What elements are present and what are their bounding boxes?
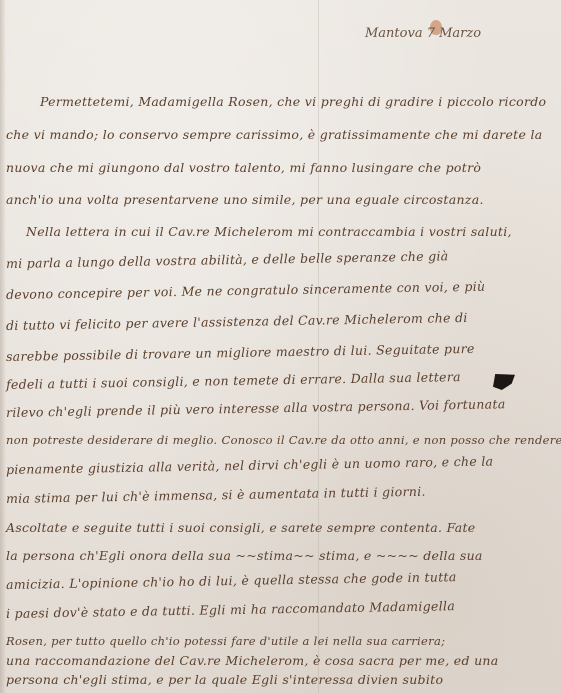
letter-line-5: Nella lettera in cui il Cav.re Michelero…: [26, 224, 512, 239]
letter-line-7: devono concepire per voi. Me ne congratu…: [6, 279, 486, 302]
letter-line-19: Rosen, per tutto quello ch'io potessi fa…: [6, 634, 445, 648]
letter-line-9: sarebbe possibile di trovare un migliore…: [6, 341, 475, 364]
letter-line-12: non potreste desiderare di meglio. Conos…: [6, 433, 561, 447]
letter-line-11: rilevo ch'egli prende il più vero intere…: [6, 396, 506, 420]
letter-page: Mantova 7 Marzo Permettetemi, Madamigell…: [0, 0, 561, 693]
letter-line-1: Permettetemi, Madamigella Rosen, che vi …: [40, 94, 546, 109]
letter-line-14: mia stima per lui ch'è immensa, si è aum…: [6, 484, 426, 506]
letter-line-3: nuova che mi giungono dal vostro talento…: [6, 160, 481, 175]
letter-line-15: Ascoltate e seguite tutti i suoi consigl…: [6, 520, 476, 535]
letter-line-18: i paesi dov'è stato e da tutti. Egli mi …: [6, 598, 455, 621]
letter-line-4: anch'io una volta presentarvene uno simi…: [6, 192, 484, 207]
letter-line-16: la persona ch'Egli onora della sua ~~sti…: [6, 548, 483, 563]
ink-blot: [493, 374, 515, 390]
dateline: Mantova 7 Marzo: [365, 26, 481, 41]
letter-line-6: mi parla a lungo della vostra abilità, e…: [6, 248, 449, 271]
letter-line-8: di tutto vi felicito per avere l'assiste…: [6, 310, 468, 333]
letter-line-20: una raccomandazione del Cav.re Michelero…: [6, 653, 499, 668]
letter-line-10: fedeli a tutti i suoi consigli, e non te…: [6, 369, 461, 392]
letter-line-2: che vi mando; lo conservo sempre carissi…: [6, 127, 543, 142]
letter-line-21: persona ch'egli stima, e per la quale Eg…: [6, 672, 443, 687]
letter-line-17: amicizia. L'opinione ch'io ho di lui, è …: [6, 569, 457, 592]
letter-line-13: pienamente giustizia alla verità, nel di…: [6, 453, 494, 477]
